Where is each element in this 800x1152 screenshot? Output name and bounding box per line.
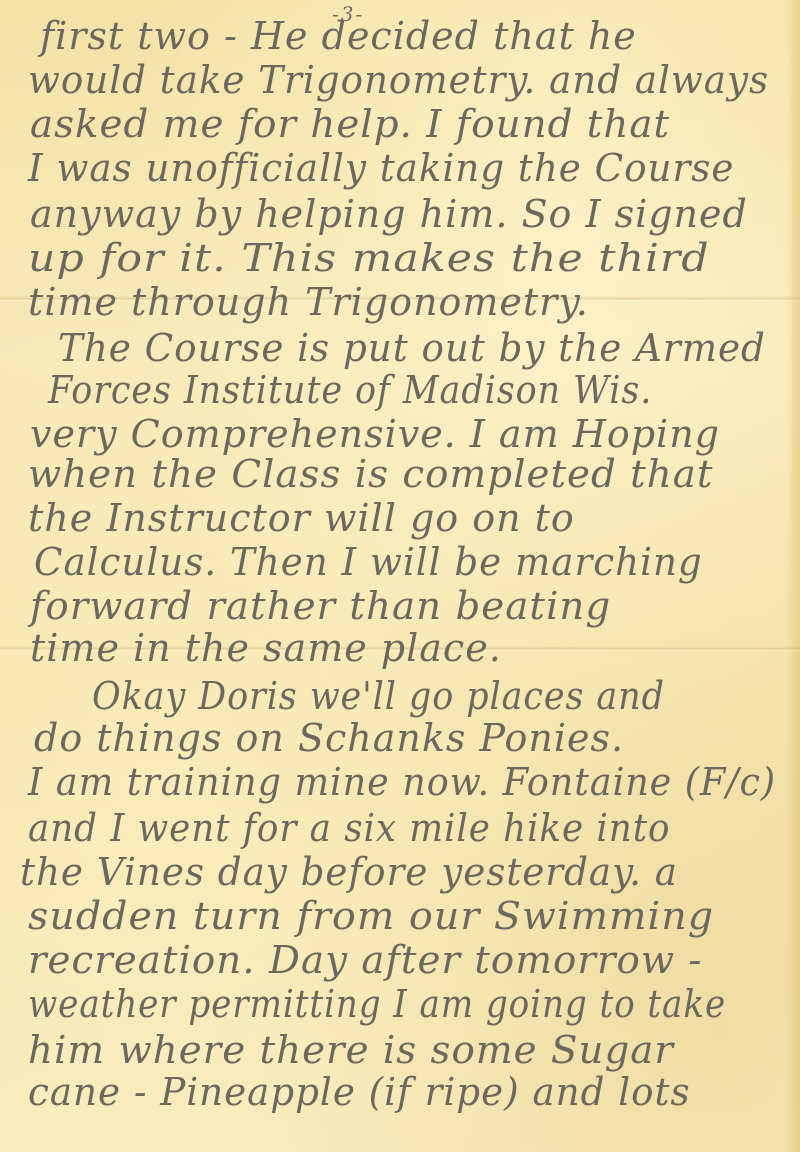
letter-line: when the Class is completed that	[28, 452, 713, 496]
letter-line: up for it. This makes the third	[28, 236, 710, 280]
letter-line: Forces Institute of Madison Wis.	[48, 368, 652, 412]
letter-page: -3- first two - He decided that he would…	[0, 0, 800, 1152]
letter-line: forward rather than beating	[30, 584, 611, 628]
letter-line: recreation. Day after tomorrow -	[28, 938, 703, 982]
letter-line: first two - He decided that he	[40, 14, 637, 58]
letter-line: I am training mine now. Fontaine (F/c)	[28, 760, 776, 804]
letter-line: and I went for a six mile hike into	[28, 806, 670, 850]
paper-edge	[786, 0, 800, 1152]
letter-line: The Course is put out by the Armed	[58, 326, 766, 370]
letter-line: him where there is some Sugar	[28, 1028, 674, 1072]
letter-line: asked me for help. I found that	[30, 102, 670, 146]
letter-line: time in the same place.	[30, 626, 502, 670]
letter-line: Calculus. Then I will be marching	[34, 540, 703, 584]
letter-line: the Vines day before yesterday. a	[20, 850, 678, 894]
letter-line: Okay Doris we'll go places and	[92, 674, 665, 718]
letter-line: sudden turn from our Swimming	[28, 894, 714, 938]
letter-line: very Comprehensive. I am Hoping	[30, 412, 720, 456]
letter-line: weather permitting I am going to take	[28, 982, 726, 1026]
letter-line: cane - Pineapple (if ripe) and lots	[28, 1070, 691, 1114]
letter-line: I was unofficially taking the Course	[28, 146, 734, 190]
letter-line: do things on Schanks Ponies.	[34, 716, 624, 760]
letter-line: would take Trigonometry. and always	[28, 58, 769, 102]
letter-line: time through Trigonometry.	[28, 280, 589, 324]
letter-line: anyway by helping him. So I signed	[30, 192, 748, 236]
letter-line: the Instructor will go on to	[28, 496, 575, 540]
